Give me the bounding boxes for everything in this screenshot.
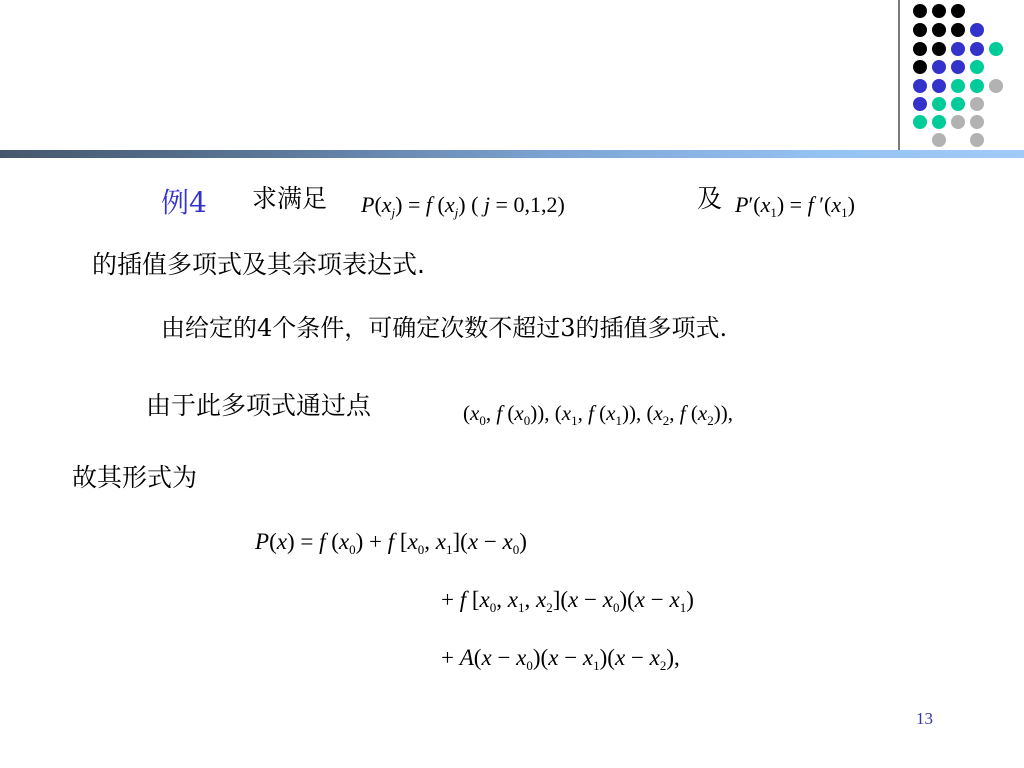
decorative-dot (932, 97, 946, 111)
decorative-dot (932, 42, 946, 56)
decorative-dot (970, 79, 984, 93)
condition-derivative: P′(x1) = f ′(x1) (735, 194, 855, 219)
decorative-dot (989, 79, 1003, 93)
decorative-dot (951, 23, 965, 37)
decorative-dot (932, 60, 946, 74)
decorative-dot (970, 133, 984, 147)
formula-line-3: + A(x − x0)(x − x1)(x − x2), (441, 646, 680, 672)
condition-interpolation: P(xj) = f (xj) ( j = 0,1,2) (361, 194, 565, 219)
formula-line-1: P(x) = f (x0) + f [x0, x1](x − x0) (255, 530, 527, 556)
decorative-dot (913, 97, 927, 111)
decorative-dot (913, 23, 927, 37)
decorative-dot (932, 79, 946, 93)
decorative-dot (932, 4, 946, 18)
decorative-dot (932, 23, 946, 37)
decorative-dot (932, 115, 946, 129)
decorative-dot (970, 42, 984, 56)
decorative-dot (970, 23, 984, 37)
decorative-dot (970, 60, 984, 74)
page-number: 13 (916, 709, 933, 729)
conjunction-and: 及 (697, 186, 722, 211)
decorative-dot (913, 42, 927, 56)
decorative-dot (951, 60, 965, 74)
decorative-dot (913, 60, 927, 74)
formula-line-2: + f [x0, x1, x2](x − x0)(x − x1) (441, 588, 694, 614)
decorative-dot (913, 115, 927, 129)
problem-prefix: 求满足 (252, 186, 327, 211)
decorative-dot-grid (0, 0, 1024, 160)
decorative-dot (951, 4, 965, 18)
paragraph-points-prefix: 由于此多项式通过点 (146, 393, 371, 418)
decorative-dot (951, 79, 965, 93)
example-label: 例4 (161, 189, 207, 217)
decorative-dot (951, 115, 965, 129)
paragraph-form: 故其形式为 (72, 465, 197, 490)
paragraph-conditions: 由给定的4个条件，可确定次数不超过3的插值多项式. (161, 316, 727, 340)
decorative-vertical-line (898, 0, 900, 151)
decorative-dot (989, 42, 1003, 56)
decorative-dot (970, 97, 984, 111)
problem-line-2: 的插值多项式及其余项表达式. (92, 252, 425, 277)
decorative-dot (951, 97, 965, 111)
decorative-dot (913, 79, 927, 93)
header-gradient-bar (0, 150, 1024, 158)
decorative-dot (970, 115, 984, 129)
decorative-dot (951, 42, 965, 56)
decorative-dot (913, 4, 927, 18)
decorative-dot (932, 133, 946, 147)
points-list: (x0, f (x0)), (x1, f (x1)), (x2, f (x2))… (463, 403, 733, 427)
